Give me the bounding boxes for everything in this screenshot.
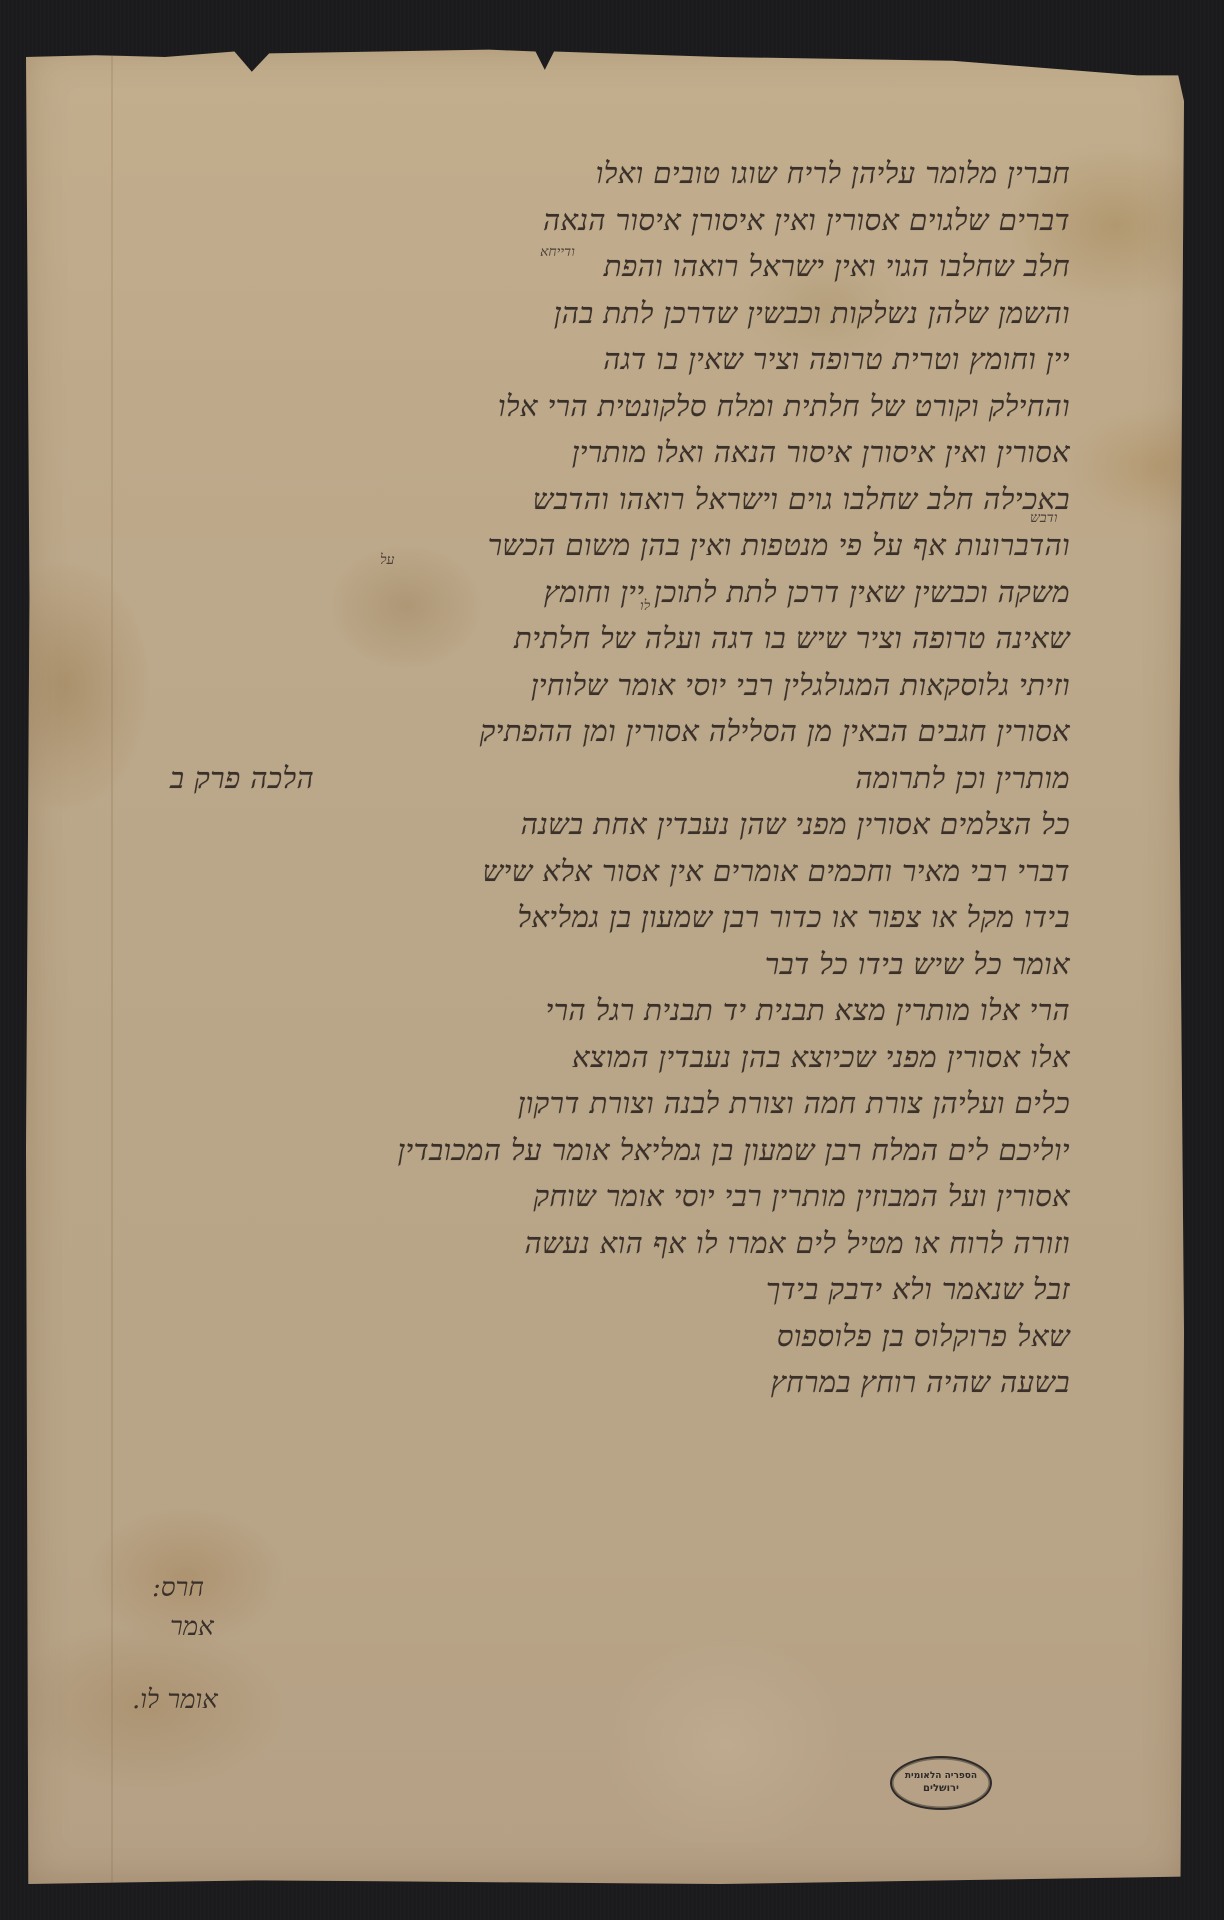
margin-note-3: אומר לו. — [132, 1685, 218, 1715]
manuscript-line-27: בשעה שהיה רוחץ במרחץ — [140, 1359, 1070, 1406]
manuscript-line-19: הרי אלו מותרין מצא תבנית יד תבנית רגל הר… — [140, 987, 1070, 1034]
manuscript-line-16: דברי רבי מאיר וחכמים אומרים אין אסור אלא… — [140, 848, 1070, 895]
margin-note-1: חרס: — [152, 1573, 204, 1603]
margin-note-2: אמר — [170, 1612, 214, 1642]
manuscript-line-26: שאל פרוקלוס בן פלוספוס — [140, 1313, 1070, 1360]
leaf-fold-line — [111, 46, 113, 1884]
manuscript-line-12: וזיתי גלוסקאות המגולגלין רבי יוסי אומר ש… — [140, 662, 1070, 709]
manuscript-line-18: אומר כל שיש בידו כל דבר — [140, 941, 1070, 988]
line-14-text: מותרין וכן לתרומה — [855, 761, 1070, 795]
chapter-heading: הלכה פרק ב — [170, 755, 314, 802]
manuscript-line-4: והשמן שלהן נשלקות וכבשין שדרכן לתת בהן — [140, 290, 1070, 337]
manuscript-text-block: חברין מלומר עליהן לריח שוגו טובים ואלו ד… — [140, 150, 1070, 1406]
stamp-institution-text: הספריה הלאומית — [905, 1770, 977, 1782]
manuscript-line-8: באכילה חלב שחלבו גוים וישראל רואהו והדבש — [140, 476, 1070, 523]
manuscript-line-9: והדברונות אף על פי מנטפות ואין בהן משום … — [140, 522, 1070, 569]
manuscript-line-24: וזורה לרוח או מטיל לים אמרו לו אף הוא נע… — [140, 1220, 1070, 1267]
manuscript-line-13: אסורין חגבים הבאין מן הסלילה אסורין ומן … — [140, 708, 1070, 755]
manuscript-line-10: משקה וכבשין שאין דרכן לתת לתוכן יין וחומ… — [140, 569, 1070, 616]
library-stamp: הספריה הלאומית ירושלים — [890, 1756, 992, 1810]
manuscript-line-5: יין וחומץ וטרית טרופה וציר שאין בו דגה — [140, 336, 1070, 383]
manuscript-line-17: בידו מקל או צפור או כדור רבן שמעון בן גמ… — [140, 894, 1070, 941]
manuscript-line-25: זבל שנאמר ולא ידבק בידך — [140, 1266, 1070, 1313]
manuscript-line-23: אסורין ועל המבוזין מותרין רבי יוסי אומר … — [140, 1173, 1070, 1220]
manuscript-line-20: אלו אסורין מפני שכיוצא בהן נעבדין המוצא — [140, 1034, 1070, 1081]
manuscript-line-22: יוליכם לים המלח רבן שמעון בן גמליאל אומר… — [140, 1127, 1070, 1174]
interlinear-gloss-2: ודבש — [1030, 510, 1057, 527]
manuscript-line-7: אסורין ואין איסורן איסור הנאה ואלו מותרי… — [140, 429, 1070, 476]
manuscript-line-15: כל הצלמים אסורין מפני שהן נעבדין אחת בשנ… — [140, 801, 1070, 848]
manuscript-line-1: חברין מלומר עליהן לריח שוגו טובים ואלו — [140, 150, 1070, 197]
manuscript-line-21: כלים ועליהן צורת חמה וצורת לבנה וצורת דר… — [140, 1080, 1070, 1127]
manuscript-line-2: דברים שלגוים אסורין ואין איסורן איסור הנ… — [140, 197, 1070, 244]
manuscript-line-3: חלב שחלבו הגוי ואין ישראל רואהו והפת — [140, 243, 1070, 290]
interlinear-gloss-1: ודייחא — [540, 244, 575, 261]
manuscript-line-11: שאינה טרופה וציר שיש בו דגה ועלה של חלתי… — [140, 615, 1070, 662]
manuscript-line-14: מותרין וכן לתרומה הלכה פרק ב — [140, 755, 1070, 802]
stamp-city-text: ירושלים — [923, 1782, 959, 1796]
interlinear-gloss-3: על — [380, 552, 394, 569]
manuscript-line-6: והחילק וקורט של חלתית ומלח סלקונטית הרי … — [140, 383, 1070, 430]
interlinear-gloss-4: לו — [640, 598, 650, 615]
